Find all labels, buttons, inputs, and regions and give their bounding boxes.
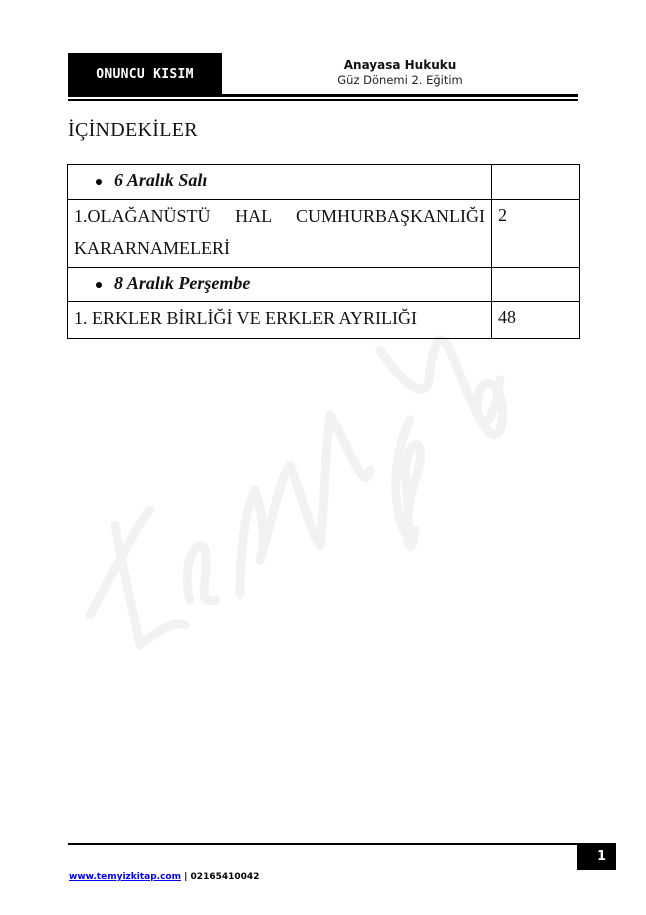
- toc-item-label-line1[interactable]: 1.OLAĞANÜSTÜ HAL CUMHURBAŞKANLIĞI: [74, 200, 485, 232]
- page-number: 1: [597, 849, 606, 864]
- section-label-box: ONUNCU KISIM: [68, 53, 222, 95]
- header-rule-bottom: [68, 99, 578, 101]
- course-header: Anayasa Hukuku Güz Dönemi 2. Eğitim: [222, 58, 578, 88]
- toc-heading: İÇİNDEKİLER: [68, 119, 198, 142]
- toc-date-label: 6 Aralık Salı: [114, 170, 207, 190]
- toc-item-label[interactable]: 1. ERKLER BİRLİĞİ VE ERKLER AYRILIĞI: [74, 302, 485, 334]
- toc-date-label: 8 Aralık Perşembe: [114, 273, 250, 293]
- phone-number: 02165410042: [191, 872, 260, 882]
- section-label: ONUNCU KISIM: [96, 67, 194, 82]
- toc-item-cell[interactable]: 1.OLAĞANÜSTÜ HAL CUMHURBAŞKANLIĞI KARARN…: [68, 200, 492, 268]
- bullet-icon: [96, 282, 102, 288]
- toc-date-cell: 6 Aralık Salı: [68, 165, 492, 200]
- course-subtitle: Güz Dönemi 2. Eğitim: [222, 73, 578, 88]
- toc-item-cell[interactable]: 1. ERKLER BİRLİĞİ VE ERKLER AYRILIĞI: [68, 302, 492, 339]
- footer-separator: |: [184, 872, 187, 882]
- bullet-icon: [96, 179, 102, 185]
- header-rule-top: [68, 94, 578, 97]
- toc-page-cell: [492, 268, 580, 302]
- footer-rule: [68, 843, 577, 845]
- toc-page-number: 2: [498, 205, 507, 225]
- watermark-signature: [80, 320, 540, 660]
- toc-row-item[interactable]: 1.OLAĞANÜSTÜ HAL CUMHURBAŞKANLIĞI KARARN…: [68, 200, 580, 268]
- footer-contact: www.temyizkitap.com | 02165410042: [69, 872, 259, 882]
- toc-table: 6 Aralık Salı 1.OLAĞANÜSTÜ HAL CUMHURBAŞ…: [67, 164, 580, 339]
- course-title: Anayasa Hukuku: [222, 58, 578, 73]
- toc-page-cell: 2: [492, 200, 580, 268]
- toc-row-date: 6 Aralık Salı: [68, 165, 580, 200]
- toc-page-cell: [492, 165, 580, 200]
- toc-item-label-line2[interactable]: KARARNAMELERİ: [74, 238, 230, 258]
- toc-date-cell: 8 Aralık Perşembe: [68, 268, 492, 302]
- toc-row-item[interactable]: 1. ERKLER BİRLİĞİ VE ERKLER AYRILIĞI 48: [68, 302, 580, 339]
- toc-page-cell: 48: [492, 302, 580, 339]
- toc-page-number: 48: [498, 307, 516, 327]
- toc-row-date: 8 Aralık Perşembe: [68, 268, 580, 302]
- page-number-box: 1: [577, 843, 616, 870]
- website-link[interactable]: www.temyizkitap.com: [69, 872, 181, 882]
